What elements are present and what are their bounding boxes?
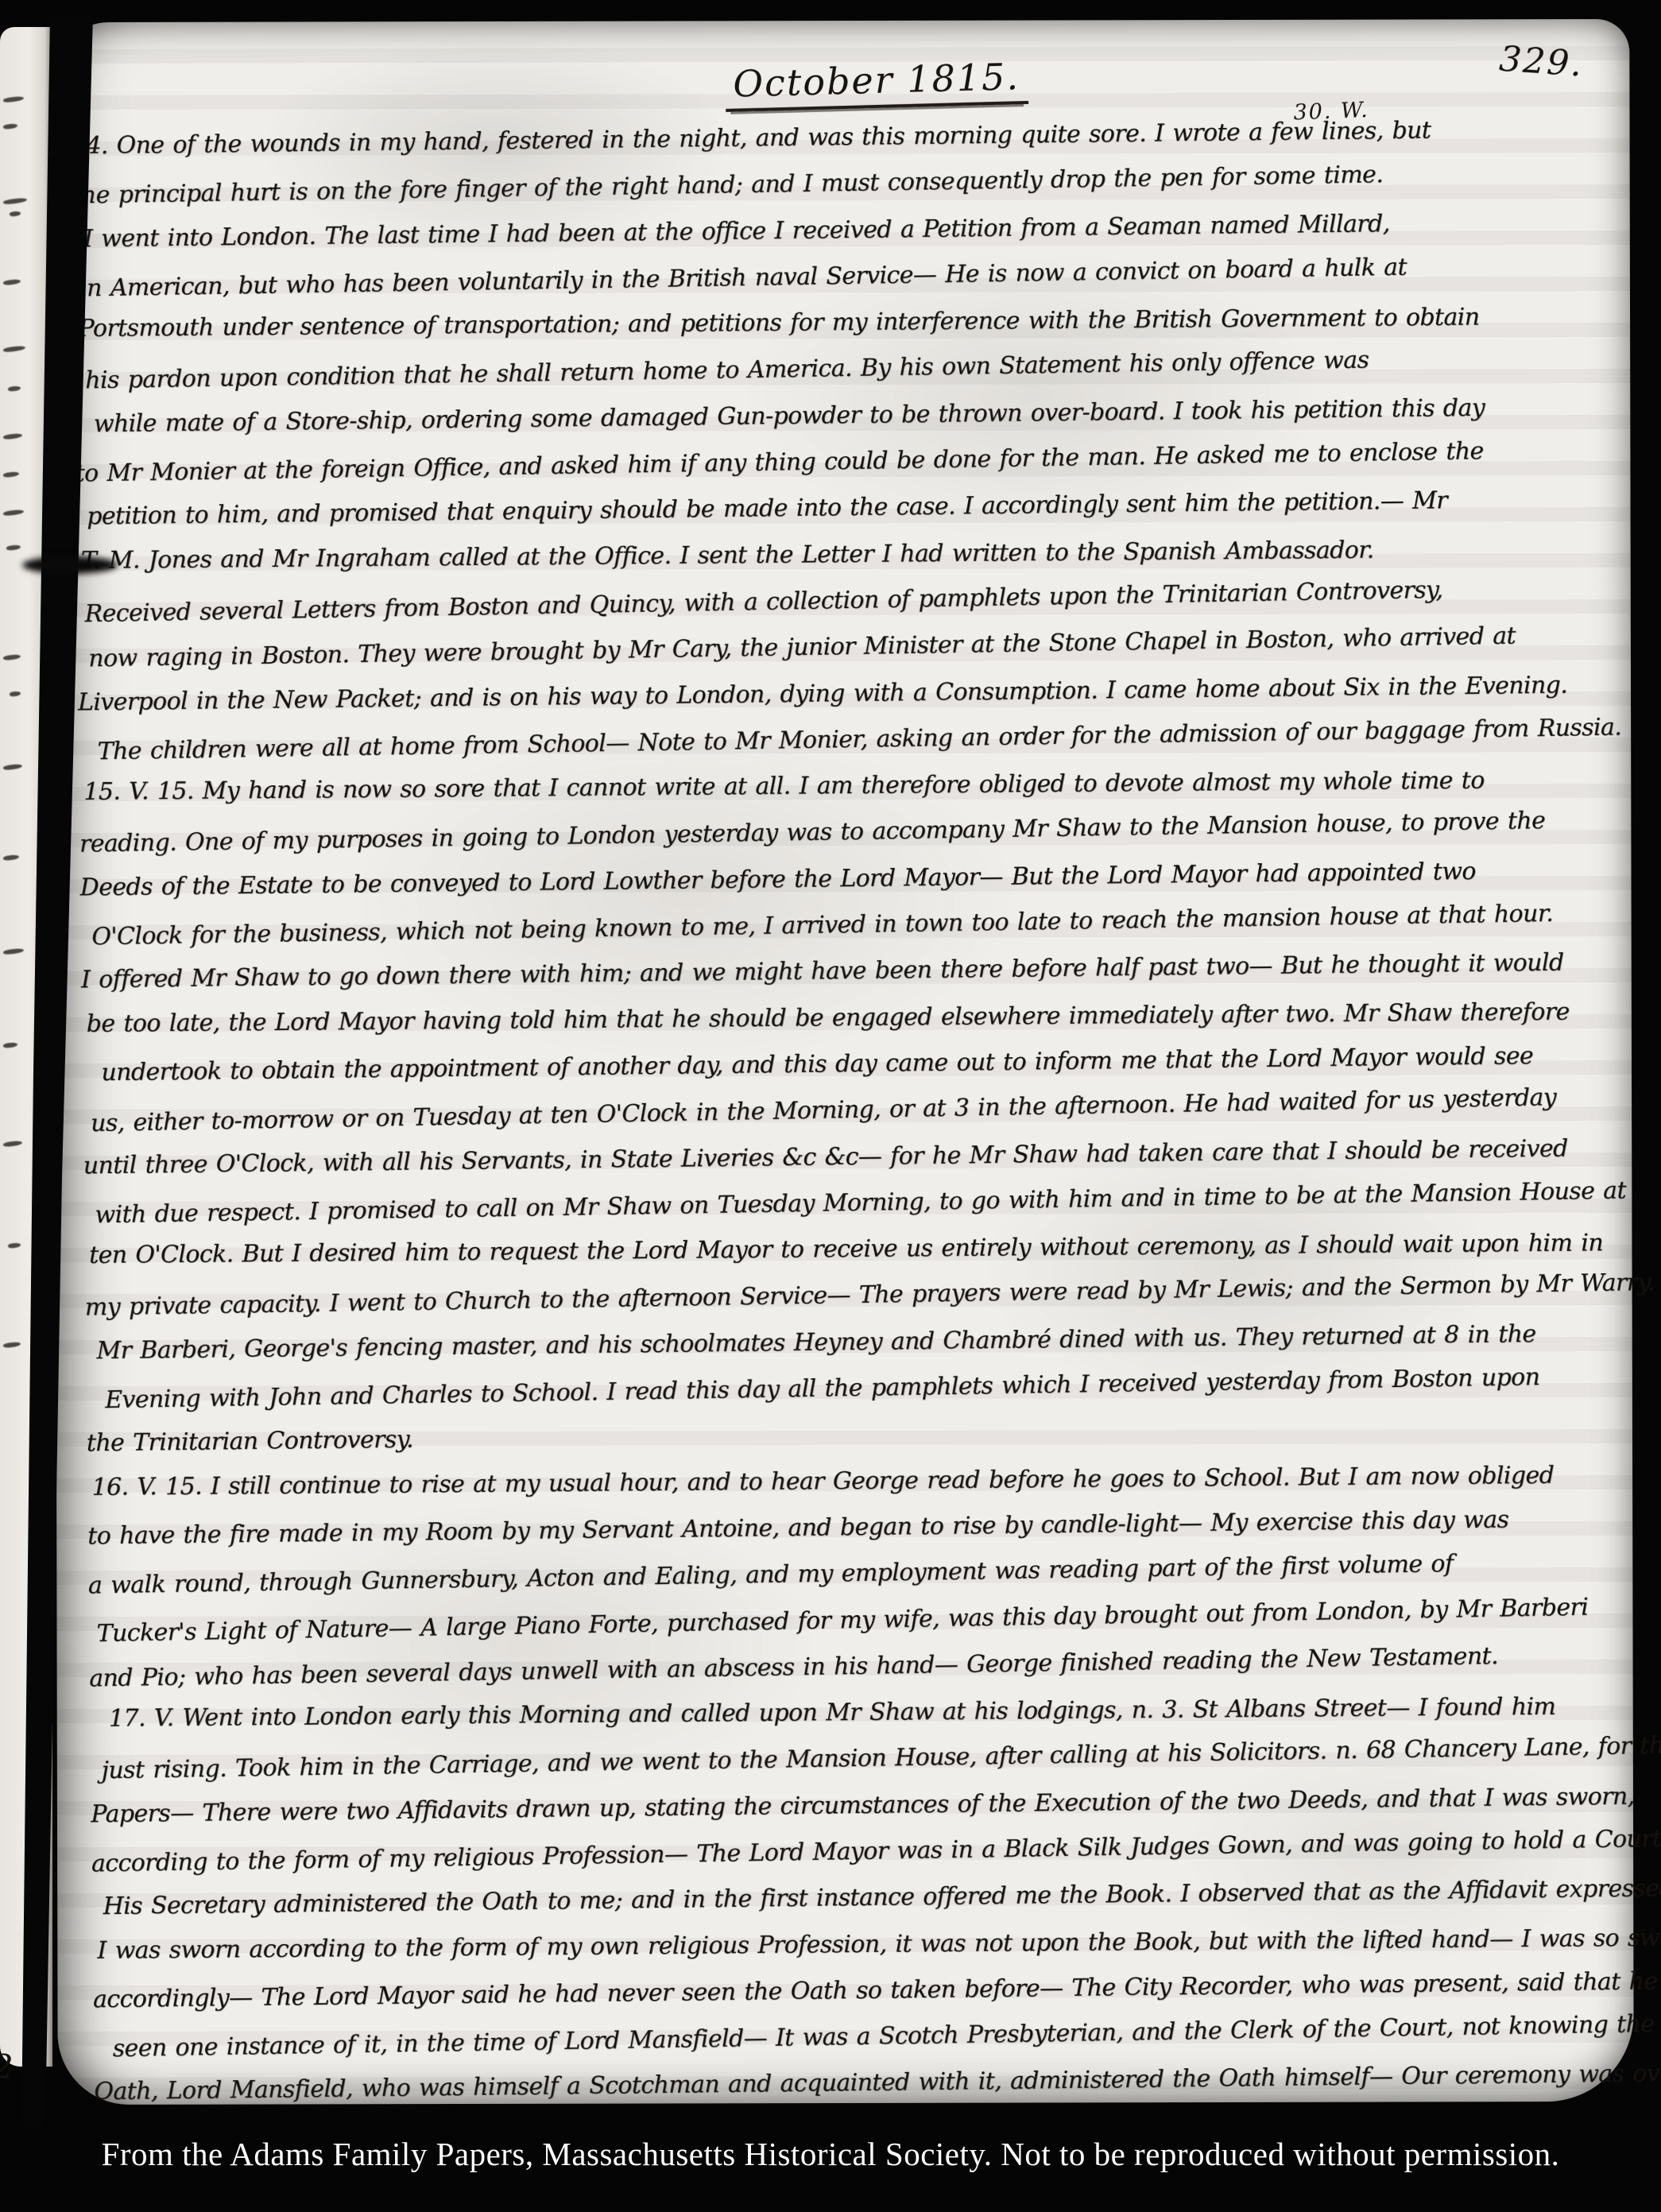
facing-page-fragment	[3, 763, 23, 770]
facing-page-fragment	[3, 1042, 18, 1048]
facing-page-fragment	[3, 432, 23, 440]
facing-page-fragment	[3, 1341, 21, 1348]
scanned-book-photograph: 2 329. October 1815. 30. W. 14. One of t…	[0, 0, 1661, 2212]
facing-page-fragment	[3, 471, 20, 478]
diary-page: 329. October 1815. 30. W. 14. One of the…	[53, 19, 1633, 2105]
facing-page-fragment	[3, 197, 28, 205]
facing-page-fragment	[3, 509, 25, 517]
facing-page-fragment	[3, 1140, 23, 1147]
page-number: 329.	[1498, 39, 1585, 85]
manuscript-text-block: 14. One of the wounds in my hand, fester…	[72, 114, 1628, 2125]
facing-page-numeral: 2	[0, 2047, 19, 2086]
archive-caption: From the Adams Family Papers, Massachuse…	[0, 2135, 1661, 2173]
facing-page-fragment	[3, 345, 26, 353]
facing-page-fragment	[10, 691, 21, 697]
facing-page-fragment	[3, 123, 18, 130]
facing-page-fragment	[3, 854, 20, 862]
facing-page-fragment	[6, 544, 21, 551]
facing-page-fragment	[3, 278, 21, 285]
page-title: October 1815.	[725, 55, 1028, 112]
facing-page-fragment	[8, 385, 21, 392]
facing-page-fragment	[3, 653, 21, 661]
facing-page-fragment	[8, 1242, 21, 1249]
gutter-ink-blot	[22, 556, 118, 574]
facing-page-fragment	[3, 95, 25, 103]
facing-page-fragment	[10, 211, 21, 217]
facing-page-fragment	[3, 947, 25, 955]
